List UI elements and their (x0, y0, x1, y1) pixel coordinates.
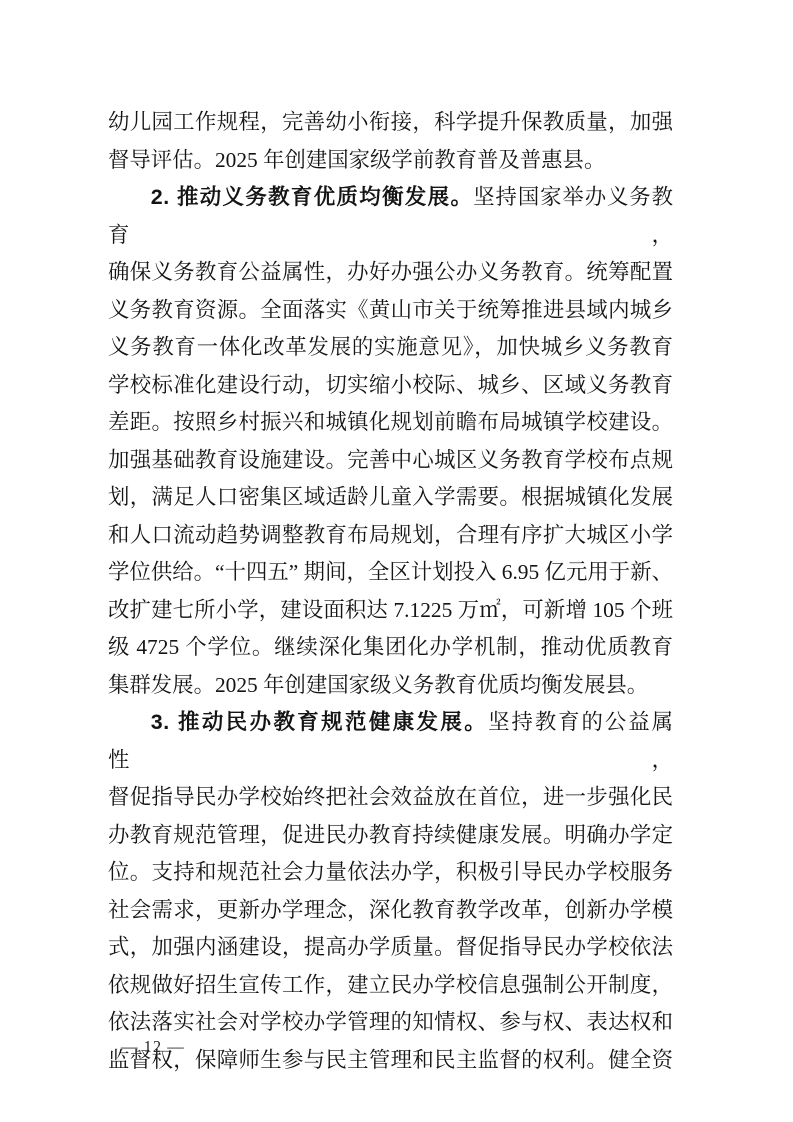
text-line: 幼儿园工作规程，完善幼小衔接，科学提升保教质量，加强 (108, 104, 673, 142)
document-page: 幼儿园工作规程，完善幼小衔接，科学提升保教质量，加强督导评估。2025 年创建国… (0, 0, 793, 1122)
body-text-run: 集群发展。2025 年创建国家级义务教育优质均衡发展县。 (108, 673, 648, 697)
text-line: 确保义务教育公益属性，办好办强公办义务教育。统筹配置 (108, 254, 673, 292)
body-text-run: 学位供给。“十四五” 期间，全区计划投入 6.95 亿元用于新、 (108, 560, 673, 584)
body-text-run: 式，加强内涵建设，提高办学质量。督促指导民办学校依法 (108, 935, 673, 959)
text-line: 和人口流动趋势调整教育布局规划，合理有序扩大城区小学 (108, 517, 673, 555)
text-line: 义务教育资源。全面落实《黄山市关于统筹推进县域内城乡 (108, 292, 673, 330)
text-line: 依规做好招生宣传工作，建立民办学校信息强制公开制度， (108, 967, 673, 1005)
body-text-run: 确保义务教育公益属性，办好办强公办义务教育。统筹配置 (108, 260, 673, 284)
body-text-run: 依规做好招生宣传工作，建立民办学校信息强制公开制度， (108, 973, 673, 997)
body-text-run: 义务教育一体化改革发展的实施意见》，加快城乡义务教育 (108, 335, 673, 359)
body-text-run: 划，满足人口密集区域适龄儿童入学需要。根据城镇化发展 (108, 485, 673, 509)
body-text-run: 社会需求，更新办学理念，深化教育教学改革，创新办学模 (108, 898, 673, 922)
body-text-run: 加强基础教育设施建设。完善中心城区义务教育学校布点规 (108, 448, 673, 472)
body-text-run: 监督权，保障师生参与民主管理和民主监督的权利。健全资 (108, 1048, 673, 1072)
text-line: 督促指导民办学校始终把社会效益放在首位，进一步强化民 (108, 779, 673, 817)
body-text-run: 幼儿园工作规程，完善幼小衔接，科学提升保教质量，加强 (108, 110, 673, 134)
text-line: 集群发展。2025 年创建国家级义务教育优质均衡发展县。 (108, 667, 673, 705)
body-text-run: 督促指导民办学校始终把社会效益放在首位，进一步强化民 (108, 785, 673, 809)
body-text-run: 位。支持和规范社会力量依法办学，积极引导民办学校服务 (108, 860, 673, 884)
body-text-run: 级 4725 个学位。继续深化集团化办学机制，推动优质教育 (108, 635, 673, 659)
text-line: 改扩建七所小学，建设面积达 7.1225 万㎡，可新增 105 个班 (108, 592, 673, 630)
body-text-run: 义务教育资源。全面落实《黄山市关于统筹推进县域内城乡 (108, 298, 673, 322)
text-line: 差距。按照乡村振兴和城镇化规划前瞻布局城镇学校建设。 (108, 404, 673, 442)
text-line: 办教育规范管理，促进民办教育持续健康发展。明确办学定 (108, 817, 673, 855)
text-line: 级 4725 个学位。继续深化集团化办学机制，推动优质教育 (108, 629, 673, 667)
body-text-run: 差距。按照乡村振兴和城镇化规划前瞻布局城镇学校建设。 (108, 410, 673, 434)
body-text-run: 学校标准化建设行动，切实缩小校际、城乡、区域义务教育 (108, 373, 673, 397)
body-text-run: 改扩建七所小学，建设面积达 7.1225 万㎡，可新增 105 个班 (108, 598, 673, 622)
body-text-run: 依法落实社会对学校办学管理的知情权、参与权、表达权和 (108, 1010, 673, 1034)
text-line: 依法落实社会对学校办学管理的知情权、参与权、表达权和 (108, 1004, 673, 1042)
text-line: 划，满足人口密集区域适龄儿童入学需要。根据城镇化发展 (108, 479, 673, 517)
text-line: 3. 推动民办教育规范健康发展。坚持教育的公益属性， (108, 704, 673, 779)
section-heading-run: 3. 推动民办教育规范健康发展。 (151, 710, 488, 734)
text-line: 学校标准化建设行动，切实缩小校际、城乡、区域义务教育 (108, 367, 673, 405)
body-text-run: 和人口流动趋势调整教育布局规划，合理有序扩大城区小学 (108, 523, 673, 547)
text-line: 督导评估。2025 年创建国家级学前教育普及普惠县。 (108, 142, 673, 180)
text-line: 位。支持和规范社会力量依法办学，积极引导民办学校服务 (108, 854, 673, 892)
text-line: 加强基础教育设施建设。完善中心城区义务教育学校布点规 (108, 442, 673, 480)
text-line: 义务教育一体化改革发展的实施意见》，加快城乡义务教育 (108, 329, 673, 367)
text-line: 式，加强内涵建设，提高办学质量。督促指导民办学校依法 (108, 929, 673, 967)
text-line: 2. 推动义务教育优质均衡发展。坚持国家举办义务教育， (108, 179, 673, 254)
text-line: 学位供给。“十四五” 期间，全区计划投入 6.95 亿元用于新、 (108, 554, 673, 592)
body-text-run: 督导评估。2025 年创建国家级学前教育普及普惠县。 (108, 148, 605, 172)
text-block: 幼儿园工作规程，完善幼小衔接，科学提升保教质量，加强督导评估。2025 年创建国… (108, 104, 673, 1079)
text-line: 监督权，保障师生参与民主管理和民主监督的权利。健全资 (108, 1042, 673, 1080)
page-number: — 12 — (121, 1037, 185, 1057)
text-line: 社会需求，更新办学理念，深化教育教学改革，创新办学模 (108, 892, 673, 930)
section-heading-run: 2. 推动义务教育优质均衡发展。 (151, 185, 473, 209)
body-text-run: 办教育规范管理，促进民办教育持续健康发展。明确办学定 (108, 823, 673, 847)
